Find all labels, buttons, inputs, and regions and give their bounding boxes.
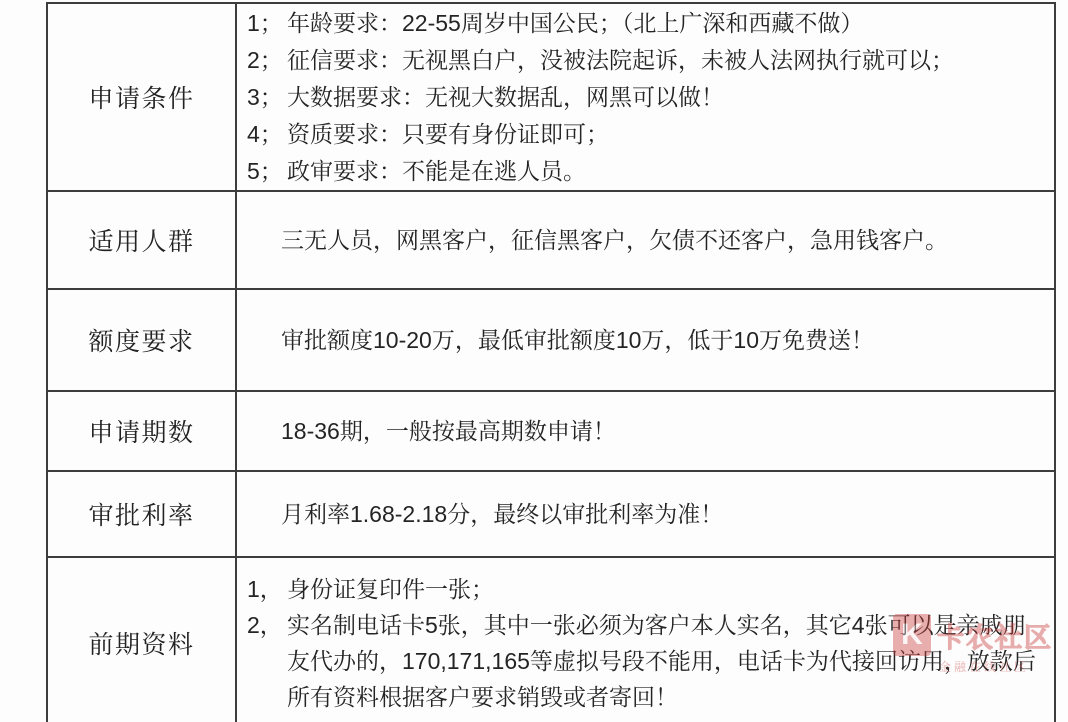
item-text: 大数据要求：无视大数据乱，网黑可以做！ [287, 79, 1042, 116]
row-text: 三无人员，网黑客户，征信黑客户，欠债不还客户，急用钱客户。 [281, 225, 1042, 256]
condition-item: 3； 大数据要求：无视大数据乱，网黑可以做！ [247, 79, 1042, 116]
row-text: 月利率1.68-2.18分，最终以审批利率为准！ [281, 499, 1042, 530]
row-content-application-conditions: 1； 年龄要求：22-55周岁中国公民；（北上广深和西藏不做） 2； 征信要求：… [237, 4, 1054, 190]
item-number: 4； [247, 116, 287, 153]
row-content-installment-periods: 18-36期，一般按最高期数申请！ [237, 390, 1054, 470]
row-content-applicable-people: 三无人员，网黑客户，征信黑客户，欠债不还客户，急用钱客户。 [237, 190, 1054, 288]
condition-item: 2； 征信要求：无视黑白户，没被法院起诉，未被人法网执行就可以； [247, 42, 1042, 79]
item-number: 1， [247, 571, 287, 607]
row-label-text: 申请期数 [88, 413, 194, 449]
row-label-text: 额度要求 [88, 322, 194, 358]
row-text: 审批额度10-20万，最低审批额度10万，低于10万免费送！ [281, 325, 1042, 356]
row-label-text: 申请条件 [88, 79, 194, 115]
row-label-amount-requirement: 额度要求 [48, 288, 237, 390]
row-label-approval-rate: 审批利率 [48, 470, 237, 556]
row-label-text: 前期资料 [88, 625, 194, 661]
row-content-amount-requirement: 审批额度10-20万，最低审批额度10万，低于10万免费送！ [237, 288, 1054, 390]
item-text: 身份证复印件一张； [287, 571, 1042, 607]
row-label-applicable-people: 适用人群 [48, 190, 237, 288]
row-label-application-conditions: 申请条件 [48, 4, 237, 190]
item-number: 3； [247, 79, 287, 116]
item-text: 实名制电话卡5张，其中一张必须为客户本人实名，其它4张可以是亲戚朋友代办的，17… [287, 607, 1042, 715]
row-label-text: 审批利率 [88, 496, 194, 532]
condition-item: 5； 政审要求：不能是在逃人员。 [247, 153, 1042, 190]
item-text: 资质要求：只要有身份证即可； [287, 116, 1042, 153]
item-number: 1； [247, 5, 287, 42]
item-number: 2， [247, 607, 287, 715]
condition-item: 4； 资质要求：只要有身份证即可； [247, 116, 1042, 153]
row-content-required-documents: 1， 身份证复印件一张； 2， 实名制电话卡5张，其中一张必须为客户本人实名，其… [237, 556, 1054, 722]
item-text: 年龄要求：22-55周岁中国公民；（北上广深和西藏不做） [287, 5, 1042, 42]
row-text: 18-36期，一般按最高期数申请！ [281, 416, 1042, 447]
row-label-installment-periods: 申请期数 [48, 390, 237, 470]
item-text: 征信要求：无视黑白户，没被法院起诉，未被人法网执行就可以； [287, 42, 1042, 79]
loan-requirements-table: 申请条件 1； 年龄要求：22-55周岁中国公民；（北上广深和西藏不做） 2； … [46, 2, 1056, 722]
page: 申请条件 1； 年龄要求：22-55周岁中国公民；（北上广深和西藏不做） 2； … [0, 0, 1068, 722]
item-text: 政审要求：不能是在逃人员。 [287, 153, 1042, 190]
item-number: 5； [247, 153, 287, 190]
document-item: 1， 身份证复印件一张； [247, 571, 1042, 607]
document-item: 2， 实名制电话卡5张，其中一张必须为客户本人实名，其它4张可以是亲戚朋友代办的… [247, 607, 1042, 715]
condition-item: 1； 年龄要求：22-55周岁中国公民；（北上广深和西藏不做） [247, 5, 1042, 42]
item-number: 2； [247, 42, 287, 79]
row-label-text: 适用人群 [88, 222, 194, 258]
row-label-required-documents: 前期资料 [48, 556, 237, 722]
row-content-approval-rate: 月利率1.68-2.18分，最终以审批利率为准！ [237, 470, 1054, 556]
